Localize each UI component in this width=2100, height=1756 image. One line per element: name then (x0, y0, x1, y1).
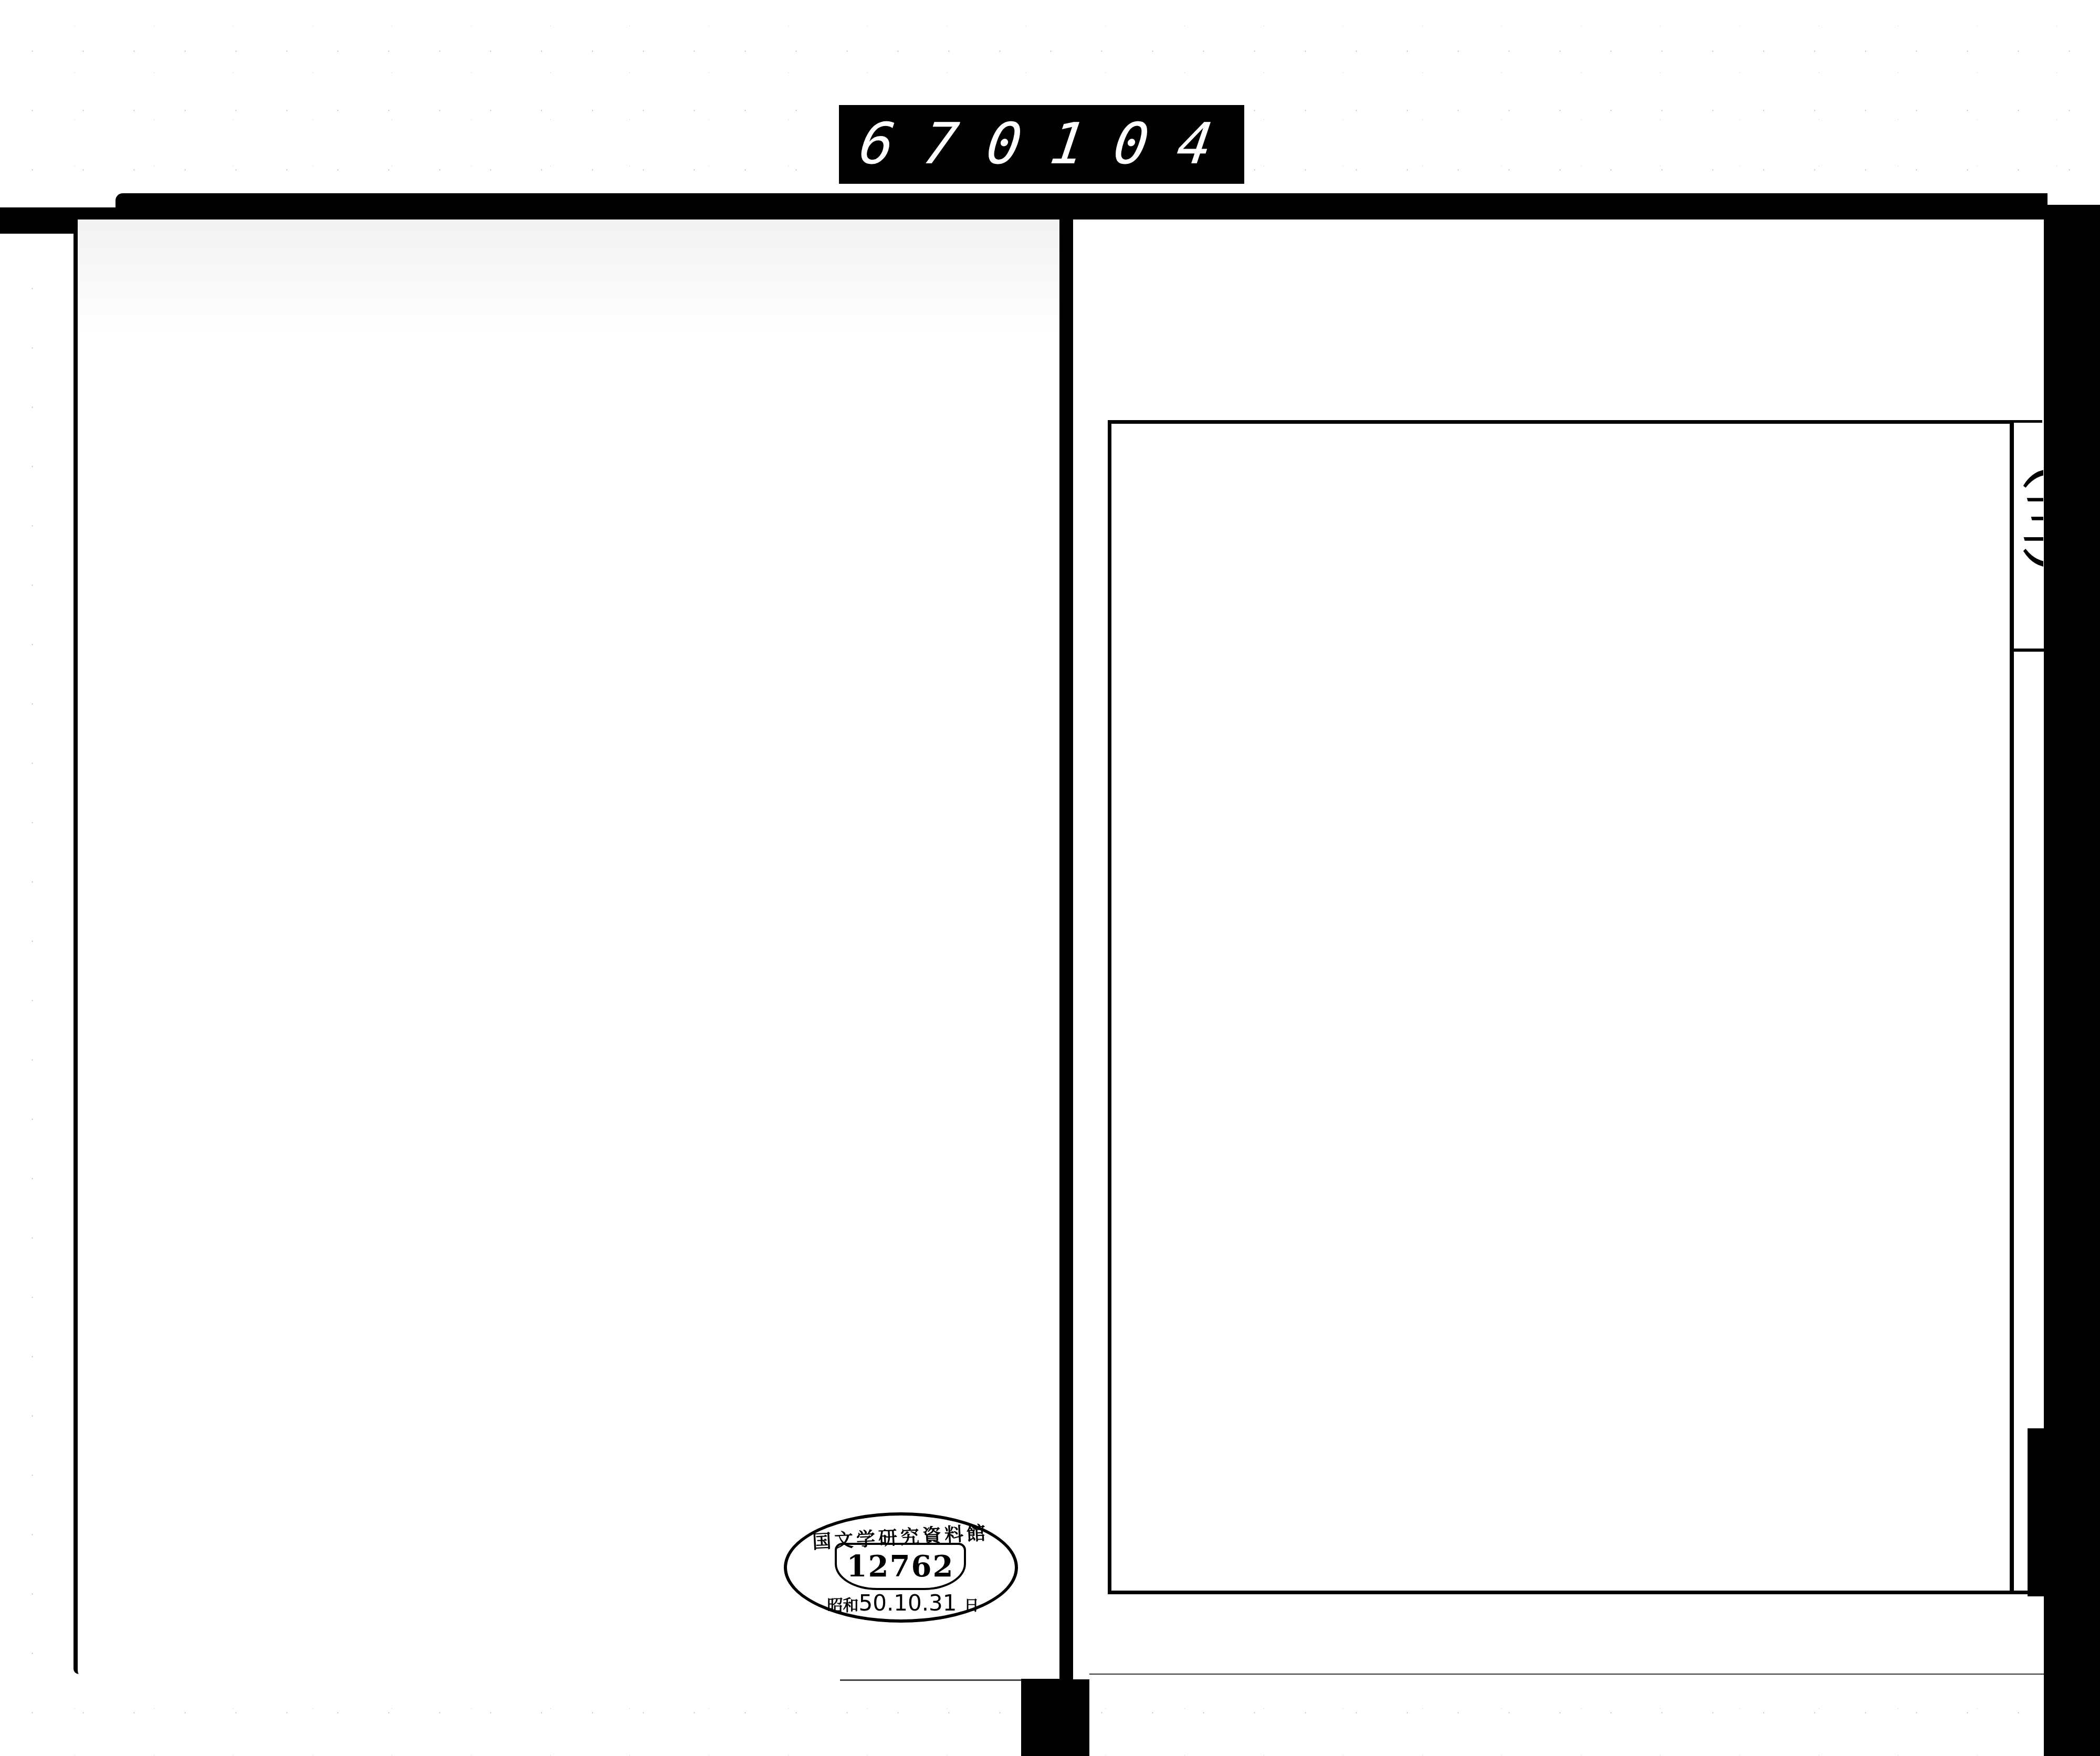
title-slip-shadow (2028, 1428, 2049, 1596)
left-page-bottom-edge (840, 1679, 1021, 1681)
binding-hairline (121, 192, 1990, 193)
reel-number: 670 (856, 116, 1054, 173)
stamp-era: 昭和 (827, 1596, 858, 1615)
gutter-bottom-shadow (1021, 1679, 1089, 1756)
stamp-date-line: 昭和50.10.31日 (814, 1590, 992, 1616)
title-slip-text: （三） (2014, 433, 2043, 603)
title-slip: （三） (2014, 423, 2043, 1431)
binding-edge-top (115, 193, 2047, 220)
stamp-day-unit: 日 (964, 1597, 979, 1614)
frame-counter: 670 104. (839, 105, 1244, 184)
title-slip-divider (2014, 649, 2044, 652)
stamp-date: 50.10.31 (858, 1590, 957, 1616)
frame-number: 104. (1046, 116, 1308, 173)
stamp-accession-number: 12762 (847, 1549, 954, 1584)
left-page (73, 220, 1065, 1674)
stamp-number-box: 12762 (835, 1543, 966, 1590)
book-gutter (1059, 220, 1073, 1679)
right-page-bottom-edge (1089, 1674, 2050, 1675)
title-slip-rule (2010, 423, 2014, 1592)
adjacent-page-edge (2044, 205, 2100, 1756)
cover-ruled-frame (1108, 420, 2042, 1594)
